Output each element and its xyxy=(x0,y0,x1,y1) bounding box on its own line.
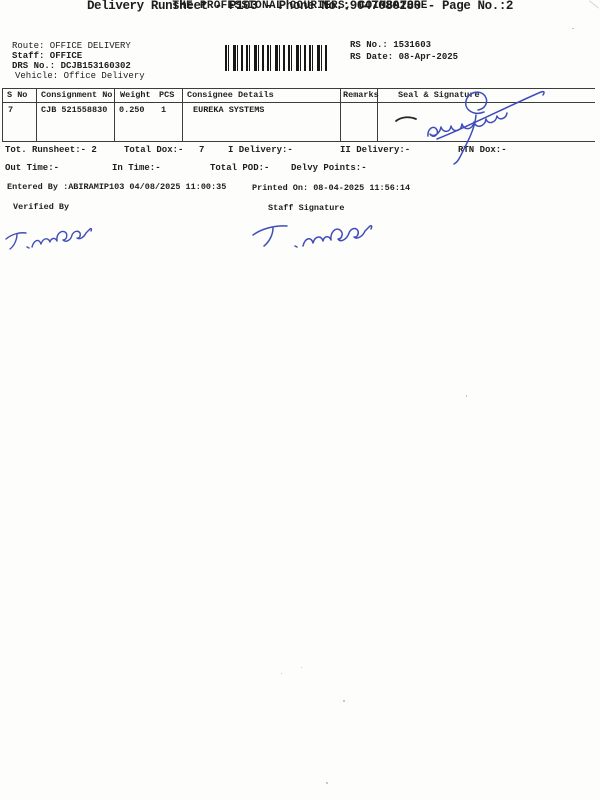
total-pod: Total POD:- xyxy=(210,164,269,174)
entered-by: Entered By :ABIRAMIP103 04/08/2025 11:00… xyxy=(7,183,226,192)
total-runsheet: Tot. Runsheet:- 2 xyxy=(5,146,97,156)
rs-number: RS No.: 1531603 xyxy=(350,41,431,51)
header-weight: Weight xyxy=(120,91,151,100)
header-consignee-details: Consignee Details xyxy=(187,91,274,100)
cell-weight: 0.250 xyxy=(119,106,145,115)
table-header-separator xyxy=(2,102,595,103)
header-remarks: Remarks xyxy=(343,91,379,100)
runsheet-document: THE PROFESSIONAL COURIERS, COIMBATORE De… xyxy=(0,0,600,800)
ii-delivery: II Delivery:- xyxy=(340,146,410,156)
rtn-dox: RTN Dox:- xyxy=(458,146,507,156)
runsheet-barcode xyxy=(225,45,329,71)
table-divider-consignee xyxy=(340,88,341,141)
header-seal-signature: Seal & Signature xyxy=(398,91,480,100)
table-bottom-border xyxy=(2,141,595,142)
in-time: In Time:- xyxy=(112,164,161,174)
total-dox-value: 7 xyxy=(199,146,204,156)
table-left-border xyxy=(2,88,3,141)
rs-date: RS Date: 08-Apr-2025 xyxy=(350,53,458,63)
cell-sno: 7 xyxy=(8,106,13,115)
printed-on: Printed On: 08-04-2025 11:56:14 xyxy=(252,184,410,193)
verified-by-label: Verified By xyxy=(13,203,69,212)
table-top-border xyxy=(2,88,595,89)
header-sno: S No xyxy=(7,91,27,100)
cell-consignment-no: CJB 521558830 xyxy=(41,106,107,115)
i-delivery: I Delivery:- xyxy=(228,146,293,156)
total-dox-label: Total Dox:- xyxy=(124,146,183,156)
out-time: Out Time:- xyxy=(5,164,59,174)
table-divider-sno xyxy=(36,88,37,141)
header-consignment-no: Consignment No xyxy=(41,91,112,100)
header-pcs: PCS xyxy=(159,91,174,100)
vehicle-line: Vehicle: Office Delivery xyxy=(15,72,145,82)
cell-pcs: 1 xyxy=(161,106,166,115)
verified-by-signature-ink xyxy=(6,229,91,249)
delvy-points: Delvy Points:- xyxy=(291,164,367,174)
table-divider-weight xyxy=(182,88,183,141)
staff-signature-label: Staff Signature xyxy=(268,204,345,213)
staff-signature-ink xyxy=(253,226,372,247)
page-subtitle: Delivery Runsheet - P103 - Phone No.:904… xyxy=(0,0,600,14)
table-divider-consignment xyxy=(114,88,115,141)
pen-dash xyxy=(396,117,416,121)
ink-overlay xyxy=(0,0,600,800)
cell-consignee: EUREKA SYSTEMS xyxy=(193,106,264,115)
